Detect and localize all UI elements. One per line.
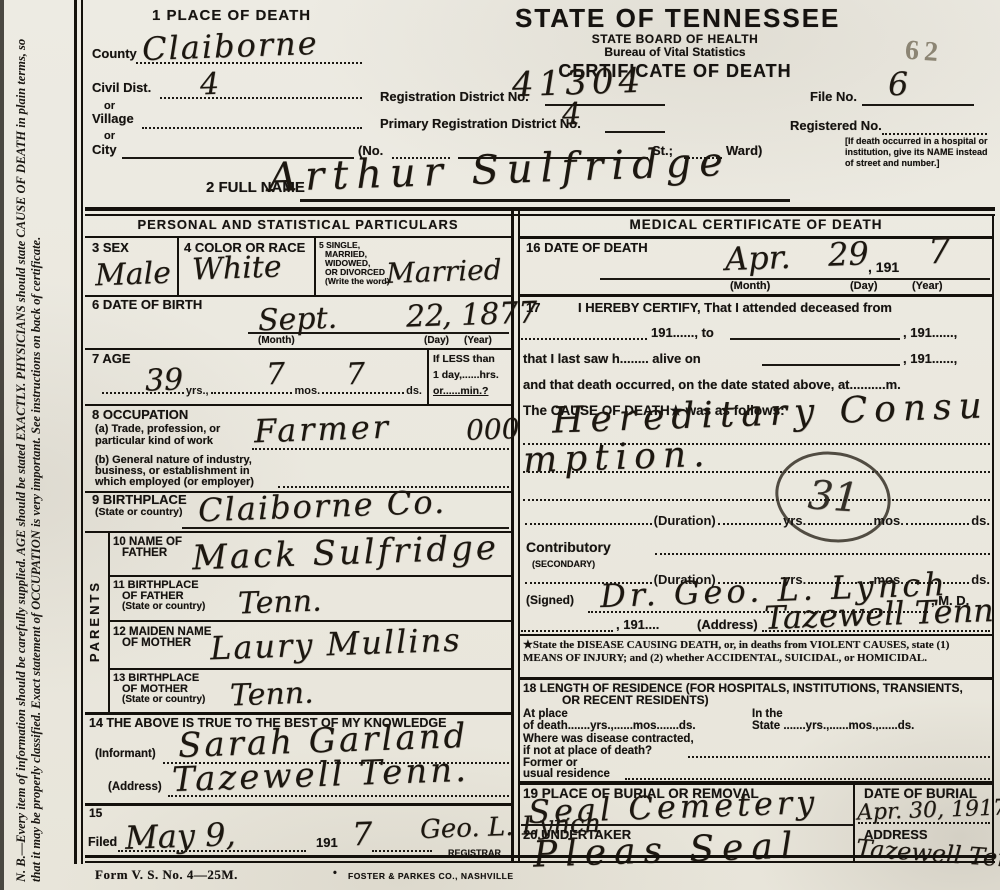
yrs-label: yrs., xyxy=(186,385,209,397)
rule xyxy=(74,0,77,864)
dob-day-value: 22 xyxy=(405,301,444,332)
rule xyxy=(655,553,990,555)
cause-code-circle: 31 xyxy=(768,443,898,552)
medical-section-title: MEDICAL CERTIFICATE OF DEATH xyxy=(519,218,993,232)
civil-dist-line xyxy=(160,97,362,99)
mother-name-value: Laury Mullins xyxy=(210,624,463,665)
primary-registration-value: 4 xyxy=(561,100,581,131)
state-or-country-caption: (State or country) xyxy=(95,507,183,518)
race-value: White xyxy=(192,252,283,285)
rule xyxy=(853,781,855,861)
in-state-units: State .......yrs.,......mos.,......ds. xyxy=(752,720,914,732)
bureau-line: Bureau of Vital Statistics xyxy=(515,46,835,59)
rule xyxy=(81,0,83,864)
scan-edge xyxy=(0,0,4,890)
rule xyxy=(108,575,511,577)
undertaker-value: Pleas Seal xyxy=(532,828,800,873)
age-label: 7 AGE xyxy=(92,352,131,366)
file-no-label: File No. xyxy=(810,90,857,104)
filed-year-printed: 191 xyxy=(316,836,338,850)
age-less-note: If LESS than xyxy=(433,354,495,365)
rule xyxy=(523,499,990,501)
father-name-label: FATHER xyxy=(122,547,167,559)
filed-date-value: May 9, xyxy=(124,818,236,854)
rule xyxy=(108,531,110,714)
day-caption: (Day) xyxy=(850,281,878,293)
side-instructions-note: N. B.—Every item of information should b… xyxy=(14,37,44,882)
mother-birthplace-value: Tenn. xyxy=(230,679,315,712)
ds-label: ds. xyxy=(971,513,990,528)
dob-month-value: Sept. xyxy=(258,304,338,337)
printer-imprint: FOSTER & PARKES CO., NASHVILLE xyxy=(348,872,514,881)
form-number: Form V. S. No. 4—25M. xyxy=(95,868,238,882)
filed-year-digit: 7 xyxy=(351,818,372,851)
occupation-value: Farmer xyxy=(253,411,391,448)
file-stamp-number: 62 xyxy=(904,35,944,70)
informant-address-value: Tazewell Tenn. xyxy=(171,753,469,797)
date-of-death-day: 29 xyxy=(827,237,869,270)
parents-label: PARENTS xyxy=(88,532,102,710)
occupation-label: 8 OCCUPATION xyxy=(92,408,188,422)
county-value: Claiborne xyxy=(141,27,319,65)
sex-label: 3 SEX xyxy=(92,241,129,255)
sex-value: Male xyxy=(94,259,171,292)
certify-line-2: 191......, to xyxy=(651,326,714,340)
birthplace-label: 9 BIRTHPLACE xyxy=(92,493,187,507)
disease-contracted-label: Where was disease contracted, xyxy=(523,733,694,745)
rule xyxy=(85,207,995,211)
rule xyxy=(85,861,995,863)
registered-no-label: Registered No. xyxy=(790,119,882,133)
rule xyxy=(523,471,990,473)
rule xyxy=(521,824,853,826)
certify-line-3: that I last saw h........ alive on xyxy=(523,352,701,366)
cause-footnote: ★State the DISEASE CAUSING DEATH, or, in… xyxy=(523,639,985,664)
rule xyxy=(372,850,432,852)
month-caption: (Month) xyxy=(258,336,295,347)
rule xyxy=(688,756,990,758)
rule xyxy=(730,338,900,340)
village-line xyxy=(142,127,362,129)
marital-value: Married xyxy=(386,256,503,288)
rule xyxy=(85,404,511,406)
file-no-value: 6 xyxy=(887,68,908,101)
secondary-caption: (SECONDARY) xyxy=(532,560,595,569)
rule xyxy=(519,677,993,680)
occupation-b-label: which employed (or employer) xyxy=(95,477,254,489)
in-state-label: In the xyxy=(752,708,783,720)
burial-place-value: Seal Cemetery xyxy=(528,786,819,828)
date-of-death-month: Apr. xyxy=(724,241,791,275)
year-caption: (Year) xyxy=(464,336,492,347)
occupation-a-label: (a) Trade, profession, or xyxy=(95,424,220,436)
item-15-number: 15 xyxy=(89,807,102,820)
village-label: Village xyxy=(92,112,134,126)
duration-line: (Duration) yrs. mos. ds. xyxy=(523,512,990,528)
board-of-health-line: STATE BOARD OF HEALTH xyxy=(515,33,835,46)
rule xyxy=(108,668,511,670)
rule xyxy=(882,133,987,135)
rule xyxy=(85,855,995,858)
father-name-value: Mack Sulfridge xyxy=(192,531,500,576)
printer-bullet: • xyxy=(333,868,337,880)
item-17-number: 17 xyxy=(526,301,540,315)
rule xyxy=(762,364,900,366)
death-certificate-scan: N. B.—Every item of information should b… xyxy=(0,0,1000,890)
rule xyxy=(523,443,990,445)
county-label: County xyxy=(92,47,137,61)
rule xyxy=(427,348,429,404)
at-place-units: of death.......yrs.,......mos.......ds. xyxy=(523,720,696,732)
dob-label: 6 DATE OF BIRTH xyxy=(92,298,202,312)
rule xyxy=(992,214,994,862)
birthplace-value: Claiborne Co. xyxy=(198,486,447,527)
primary-registration-label: Primary Registration District No. xyxy=(380,117,581,131)
ward-label: Ward) xyxy=(726,144,762,158)
rule xyxy=(85,712,511,715)
rule xyxy=(85,214,995,216)
state-or-country-caption: (State or country) xyxy=(122,695,205,706)
yrs-label: yrs. xyxy=(783,513,806,528)
rule xyxy=(177,238,179,295)
personal-section-title: PERSONAL AND STATISTICAL PARTICULARS xyxy=(85,218,511,232)
or-label: or xyxy=(104,131,115,143)
age-days-value: 7 xyxy=(345,360,365,391)
date-of-death-year-printed: , 191 xyxy=(868,260,899,275)
rule xyxy=(862,104,974,106)
age-less-note: 1 day,......hrs. xyxy=(433,370,499,381)
former-residence-label: usual residence xyxy=(523,768,610,780)
occupation-code-value: 000 xyxy=(466,415,520,445)
dob-year-value: , 1877 xyxy=(442,298,538,331)
date-of-death-label: 16 DATE OF DEATH xyxy=(526,241,648,255)
father-birthplace-value: Tenn. xyxy=(238,587,323,620)
rule xyxy=(85,348,511,350)
duration-label: (Duration) xyxy=(654,513,716,528)
registration-district-label: Registration District No. xyxy=(380,90,529,104)
rule xyxy=(85,236,511,238)
rule xyxy=(521,338,647,340)
disease-contracted-label: if not at place of death? xyxy=(523,745,652,757)
physician-address-label: (Address) xyxy=(697,618,758,632)
hospital-note: [If death occurred in a hospital or inst… xyxy=(845,136,995,168)
contributory-label: Contributory xyxy=(526,540,611,555)
full-name-value: Arthur Sulfridge xyxy=(267,142,731,198)
city-label: City xyxy=(92,143,117,157)
day-caption: (Day) xyxy=(424,336,449,347)
date-of-death-year-digit: 7 xyxy=(927,234,951,271)
certify-line-2-end: , 191......, xyxy=(903,326,957,340)
state-or-country-caption: (State or country) xyxy=(122,602,205,613)
ds-label: ds. xyxy=(406,385,422,397)
cause-of-death-value: Hereditary Consu xyxy=(552,388,990,439)
residence-label: OR RECENT RESIDENTS) xyxy=(562,694,709,707)
place-of-death-title: 1 PLACE OF DEATH xyxy=(152,8,311,24)
marital-note: (Write the word) xyxy=(325,277,390,286)
burial-date-value: Apr. 30, 1917 xyxy=(857,797,1000,824)
mos-label: mos. xyxy=(294,385,320,397)
month-caption: (Month) xyxy=(730,281,770,293)
signed-label: (Signed) xyxy=(526,594,574,607)
signed-year-blank: , 191.... xyxy=(616,618,659,632)
rule xyxy=(858,822,990,824)
rule xyxy=(314,238,316,295)
age-months-value: 7 xyxy=(265,360,285,391)
informant-label: (Informant) xyxy=(95,748,156,760)
physician-address-value: Tazewell Tenn xyxy=(764,594,995,634)
mos-label: mos. xyxy=(874,513,904,528)
certify-line-3-end: , 191......, xyxy=(903,352,957,366)
at-place-label: At place xyxy=(523,708,568,720)
full-name-line xyxy=(300,199,790,202)
certify-line-1: I HEREBY CERTIFY, That I attended deceas… xyxy=(578,301,892,315)
mother-name-label: OF MOTHER xyxy=(122,637,191,649)
year-caption: (Year) xyxy=(912,281,943,293)
rule xyxy=(519,634,993,636)
rule xyxy=(519,294,993,297)
rule xyxy=(521,630,613,632)
ds-label: ds. xyxy=(971,572,990,587)
state-title: STATE OF TENNESSEE xyxy=(515,5,835,32)
informant-address-label: (Address) xyxy=(108,781,162,793)
rule xyxy=(605,131,665,133)
rule xyxy=(85,803,511,806)
civil-dist-value: 4 xyxy=(199,70,219,101)
rule xyxy=(625,778,990,780)
age-years-value: 39 xyxy=(144,365,183,396)
filed-label: Filed xyxy=(88,836,117,849)
civil-dist-label: Civil Dist. xyxy=(92,81,151,95)
age-less-note: or......min.? xyxy=(433,386,488,397)
undertaker-address-value: Tazewell Tenn xyxy=(855,836,1000,872)
occupation-a-label: particular kind of work xyxy=(95,436,213,448)
